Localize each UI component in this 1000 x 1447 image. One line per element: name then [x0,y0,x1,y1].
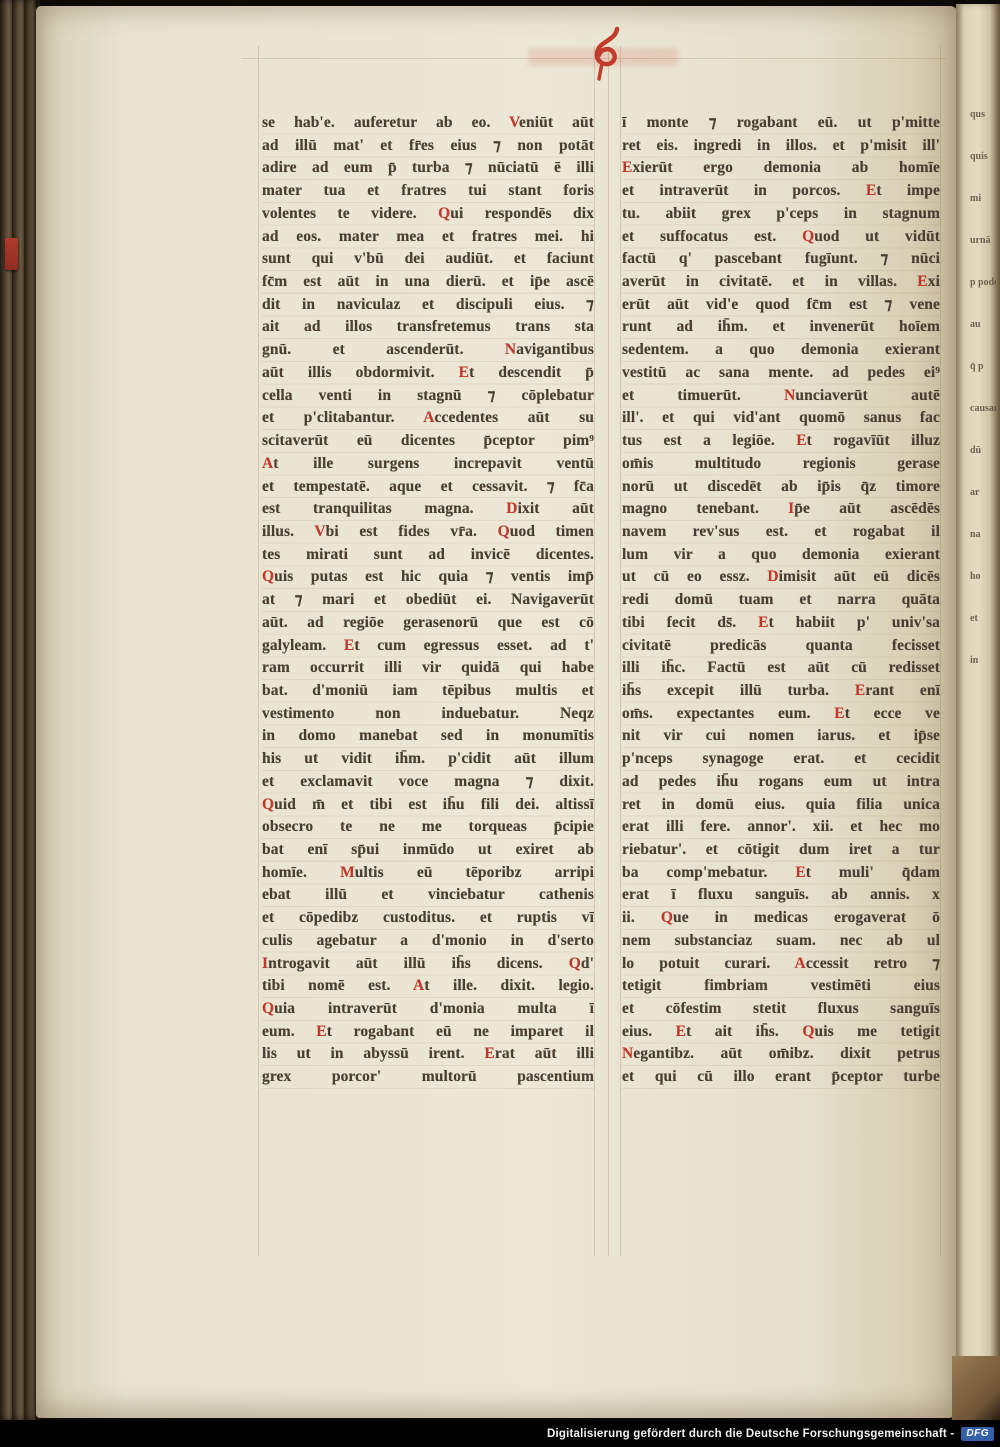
text-line: ba comp'mebatur. Et muli' q̄dam [622,862,940,885]
text-line: cella venti in stagnū ⁊ cōplebatur [262,385,594,408]
text-line: dū [970,440,996,482]
text-line: causan [970,398,996,440]
text-line: dit in naviculaz et discipuli eius. ⁊ [262,294,594,317]
text-line: et p'clitabantur. Accedentes aūt su [262,407,594,430]
text-line: ill'. et qui vid'ant quomō sanus fac [622,407,940,430]
ruling-line-left [258,46,259,1256]
text-line: tetigit fimbriam vestimēti eius [622,975,940,998]
text-line: civitatē predicās quanta fecisset [622,635,940,658]
text-line: p pode [970,272,996,314]
text-line: ih̄s excepit illū turba. Erant enī [622,680,940,703]
text-line: et intraverūt in porcos. Et impe [622,180,940,203]
text-line: ait ad illos transfretemus trans sta [262,316,594,339]
text-line: ut cū eo essz. Dimisit aūt eū dicēs [622,566,940,589]
credit-bar: Digitalisierung gefördert durch die Deut… [0,1420,1000,1447]
text-line: et suffocatus est. Quod ut vidūt [622,226,940,249]
text-line: et [970,608,996,650]
text-line: mi [970,188,996,230]
dfg-logo: DFG [961,1427,994,1441]
text-line: lis ut in abyssū irent. Erat aūt illi [262,1043,594,1066]
text-line: adire ad eum p̄ turba ⁊ nūciatū ē illi [262,157,594,180]
text-line: ret in domū eius. quia filia unica [622,794,940,817]
text-line: erat illi fere. annor'. xii. et hec mo [622,816,940,839]
text-line: Exierūt ergo demonia ab homīe [622,157,940,180]
text-line: mater tua et fratres tui stant foris [262,180,594,203]
text-line: illus. Vbi est fides vr̄a. Quod timen [262,521,594,544]
bookmark-tab [5,238,18,270]
text-line: et cōpedibz custoditus. et ruptis vī [262,907,594,930]
book-cover-corner [952,1356,1000,1422]
text-line: ii. Que in medicas erogaverat ō [622,907,940,930]
text-line: ebat illū et vinciebatur cathenis [262,884,594,907]
text-line: erūt aūt vid'e quod fc̄m est ⁊ vene [622,294,940,317]
text-line: in [970,650,996,692]
text-line: homīe. Multis eū tēporibz arripi [262,862,594,885]
text-line: Quia intraverūt d'monia multa ī [262,998,594,1021]
ruling-line-col1-right [594,46,595,1256]
text-line: aūt. ad regiōe gerasenorū que est cō [262,612,594,635]
text-line: eius. Et ait ih̄s. Quis me tetigit [622,1021,940,1044]
text-line: bat. d'moniū iam tēpibus multis et [262,680,594,703]
text-line: vestimento non induebatur. Neqz [262,703,594,726]
text-line: redi domū tuam et narra quāta [622,589,940,612]
text-line: navem rev'sus est. et rogabat il [622,521,940,544]
text-line: averūt in civitatē. et in villas. Exi [622,271,940,294]
text-line: Introgavit aūt illū ih̄s dicens. Qd' [262,953,594,976]
text-line: galyleam. Et cum egressus esset. ad t' [262,635,594,658]
text-line: illi ih̄c. Factū est aūt cū redisset [622,657,940,680]
text-column-left: se hab'e. auferetur ab eo. Veniūt aūtad … [262,112,594,1089]
text-line: vestitū ac sana mente. ad pedes ei⁹ [622,362,940,385]
text-line: in domo manebat sed in monumītis [262,725,594,748]
text-line: eum. Et rogabant eū ne imparet il [262,1021,594,1044]
rubric-top-mark-icon [590,26,626,82]
text-line: urnā [970,230,996,272]
text-line: riebatur'. et cōtigit dum iret a tur [622,839,940,862]
text-line: quis [970,146,996,188]
text-line: om̄s. expectantes eum. Et ecce ve [622,703,940,726]
text-line: sedentem. a quo demonia exierant [622,339,940,362]
text-line: volentes te videre. Qui respondēs dix [262,203,594,226]
text-line: tu. abiit grex p'ceps in stagnum [622,203,940,226]
text-line: nit vir cui nomen iarus. et ip̄se [622,725,940,748]
text-line: sunt qui v'bū dei audiūt. et faciunt [262,248,594,271]
text-line: at ⁊ mari et obediūt ei. Navigaverūt [262,589,594,612]
text-line: nem substanciaz suam. nec ab ul [622,930,940,953]
text-line: grex porcor' multorū pascentium [262,1066,594,1089]
text-line: ho [970,566,996,608]
text-line: lum vir a quo demonia exierant [622,544,940,567]
text-line: tibi nomē est. At ille. dixit. legio. [262,975,594,998]
text-line: At ille surgens increpavit ventū [262,453,594,476]
text-line: ad pedes ih̄u rogans eum ut intra [622,771,940,794]
text-line: et qui cū illo erant p̄ceptor turbe [622,1066,940,1089]
text-line: se hab'e. auferetur ab eo. Veniūt aūt [262,112,594,135]
text-line: obsecro te ne me torqueas p̄cipie [262,816,594,839]
text-line: his ut vidit ih̄m. p'cidit aūt illum [262,748,594,771]
text-line: na [970,524,996,566]
ruling-line-col2-left [620,46,621,1256]
text-line: p'nceps synagoge erat. et cecidit [622,748,940,771]
text-line: aūt illis obdormivit. Et descendit p̄ [262,362,594,385]
text-line: qus [970,104,996,146]
text-line: bat enī sp̄ui inmūdo ut exiret ab [262,839,594,862]
text-line: om̄is multitudo regionis gerase [622,453,940,476]
text-line: lo potuit curari. Accessit retro ⁊ [622,953,940,976]
digitization-credit-text: Digitalisierung gefördert durch die Deut… [547,1428,954,1440]
text-line: tibi fecit ds̄. Et habiit p' univ'sa [622,612,940,635]
text-line: et tempestatē. aque et cessavit. ⁊ fc̄a [262,476,594,499]
text-line: scitaverūt eū dicentes p̄ceptor pim⁹ [262,430,594,453]
text-line: fc̄m est aūt in una dierū. et ip̄e ascē [262,271,594,294]
ruling-line-gutter [608,46,609,1256]
text-line: ram occurrit illi vir quidā qui habe [262,657,594,680]
text-line: gnū. et ascenderūt. Navigantibus [262,339,594,362]
text-line: ī monte ⁊ rogabant eū. ut p'mitte [622,112,940,135]
text-line: runt ad ih̄m. et invenerūt hoīem [622,316,940,339]
text-line: culis agebatur a d'monio in d'serto [262,930,594,953]
text-line: factū q' pascebant fugīunt. ⁊ nūci [622,248,940,271]
scanned-manuscript-photo: se hab'e. auferetur ab eo. Veniūt aūtad … [0,0,1000,1447]
text-line: et exclamavit voce magna ⁊ dixit. [262,771,594,794]
ruling-line-right [940,46,941,1256]
text-column-right: ī monte ⁊ rogabant eū. ut p'mitteret eis… [622,112,940,1089]
text-line: Quis putas est hic quia ⁊ ventis imp̄ [262,566,594,589]
text-line: Quid m̄ et tibi est ih̄u fili dei. altis… [262,794,594,817]
text-line: ad eos. mater mea et fratres mei. hi [262,226,594,249]
text-line: Negantibz. aūt om̄ibz. dixit petrus [622,1043,940,1066]
book-page-edges [0,0,40,1420]
text-line: erat ī fluxu sanguīs. ab annis. x [622,884,940,907]
text-line: ar [970,482,996,524]
text-line: magno tenebant. Ip̄e aūt ascēdēs [622,498,940,521]
margin-fragments: qusquismiurnāp podeauq̄ pcausandūarnahoe… [970,104,996,692]
text-line: tus est a legiōe. Et rogavīūt illuz [622,430,940,453]
text-line: et timuerūt. Nunciaverūt autē [622,385,940,408]
next-page-edge: qusquismiurnāp podeauq̄ pcausandūarnahoe… [956,4,1000,1376]
text-line: ret eis. ingredi in illos. et p'misit il… [622,135,940,158]
text-line: et cōfestim stetit fluxus sanguīs [622,998,940,1021]
text-line: q̄ p [970,356,996,398]
text-line: ad illū mat' et fr̄es eius ⁊ non potāt [262,135,594,158]
text-line: est tranquilitas magna. Dixit aūt [262,498,594,521]
text-line: norū ut discedēt ab ip̄is q̄z timore [622,476,940,499]
text-line: tes mirati sunt ad invicē dicentes. [262,544,594,567]
text-line: au [970,314,996,356]
